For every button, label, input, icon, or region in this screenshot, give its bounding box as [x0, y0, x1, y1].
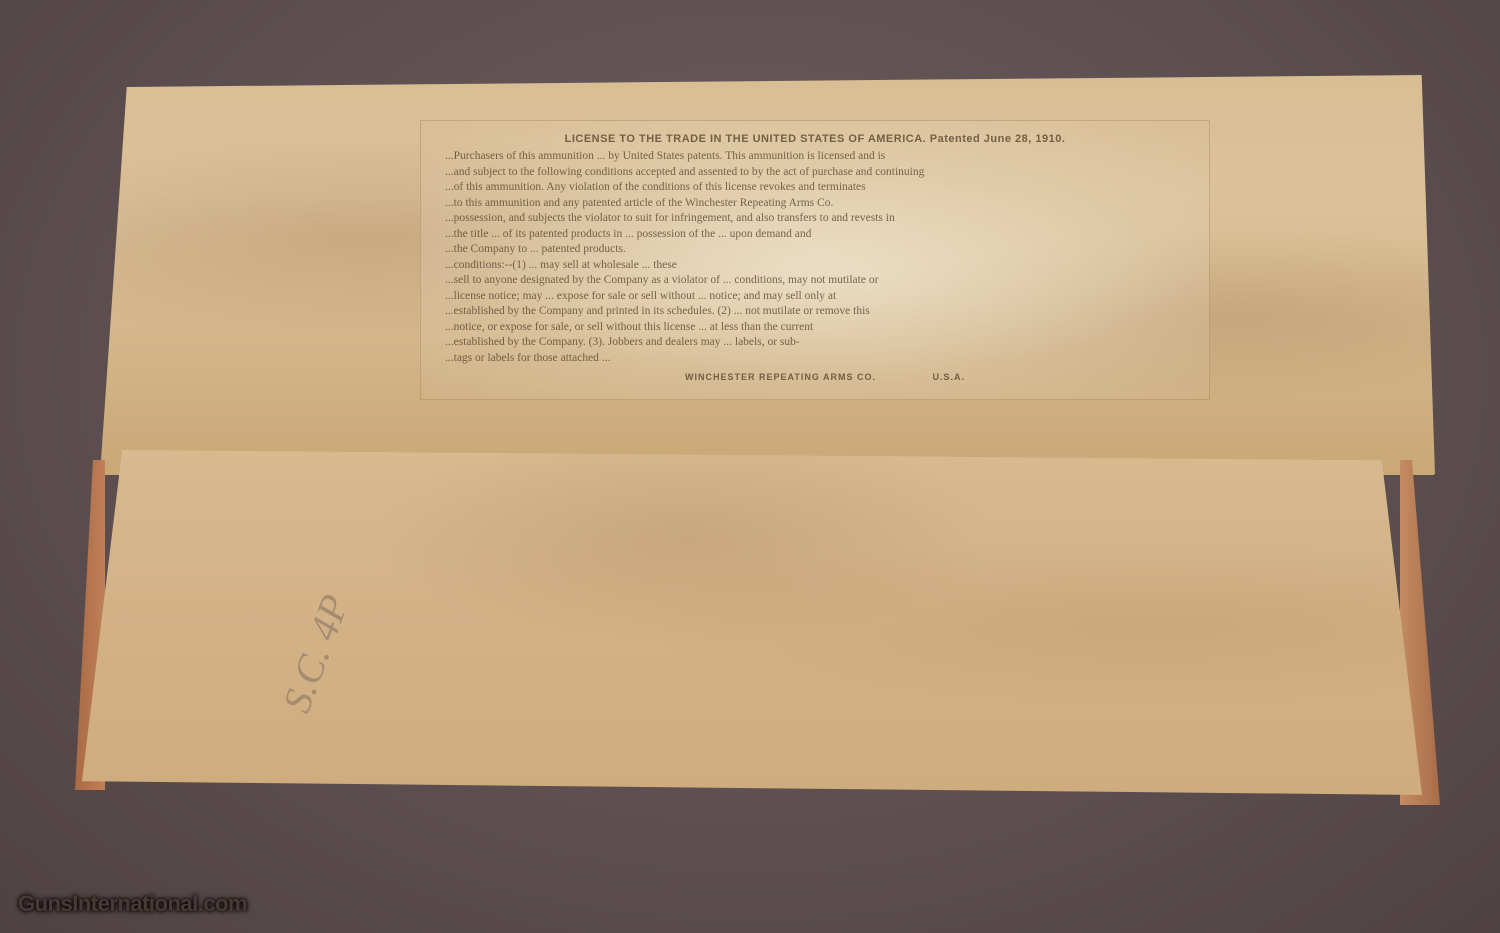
license-line: ...of this ammunition. Any violation of … [445, 180, 1185, 196]
license-label: LICENSE TO THE TRADE IN THE UNITED STATE… [420, 120, 1210, 400]
license-line: ...established by the Company. (3). Jobb… [445, 335, 1185, 351]
license-line: ...established by the Company and printe… [445, 304, 1185, 320]
license-title: LICENSE TO THE TRADE IN THE UNITED STATE… [445, 133, 1185, 145]
license-line: ...conditions:--(1) ... may sell at whol… [445, 258, 1185, 274]
license-line: ...the title ... of its patented product… [445, 227, 1185, 243]
license-line: ...Purchasers of this ammunition ... by … [445, 149, 1185, 165]
license-footer: WINCHESTER REPEATING ARMS CO. U.S.A. [445, 372, 1185, 382]
license-line: ...the Company to ... patented products. [445, 242, 1185, 258]
manufacturer-name: WINCHESTER REPEATING ARMS CO. [685, 372, 876, 382]
ammunition-box-photo: LICENSE TO THE TRADE IN THE UNITED STATE… [0, 0, 1500, 933]
country-mark: U.S.A. [932, 372, 965, 382]
license-line: ...sell to anyone designated by the Comp… [445, 273, 1185, 289]
license-line: ...tags or labels for those attached ... [445, 351, 1185, 367]
license-line: ...license notice; may ... expose for sa… [445, 289, 1185, 305]
license-line: ...and subject to the following conditio… [445, 165, 1185, 181]
license-line: ...possession, and subjects the violator… [445, 211, 1185, 227]
license-line: ...notice, or expose for sale, or sell w… [445, 320, 1185, 336]
watermark-logo: GunsInternational.com [18, 891, 247, 917]
box-body [82, 450, 1422, 795]
license-line: ...to this ammunition and any patented a… [445, 196, 1185, 212]
